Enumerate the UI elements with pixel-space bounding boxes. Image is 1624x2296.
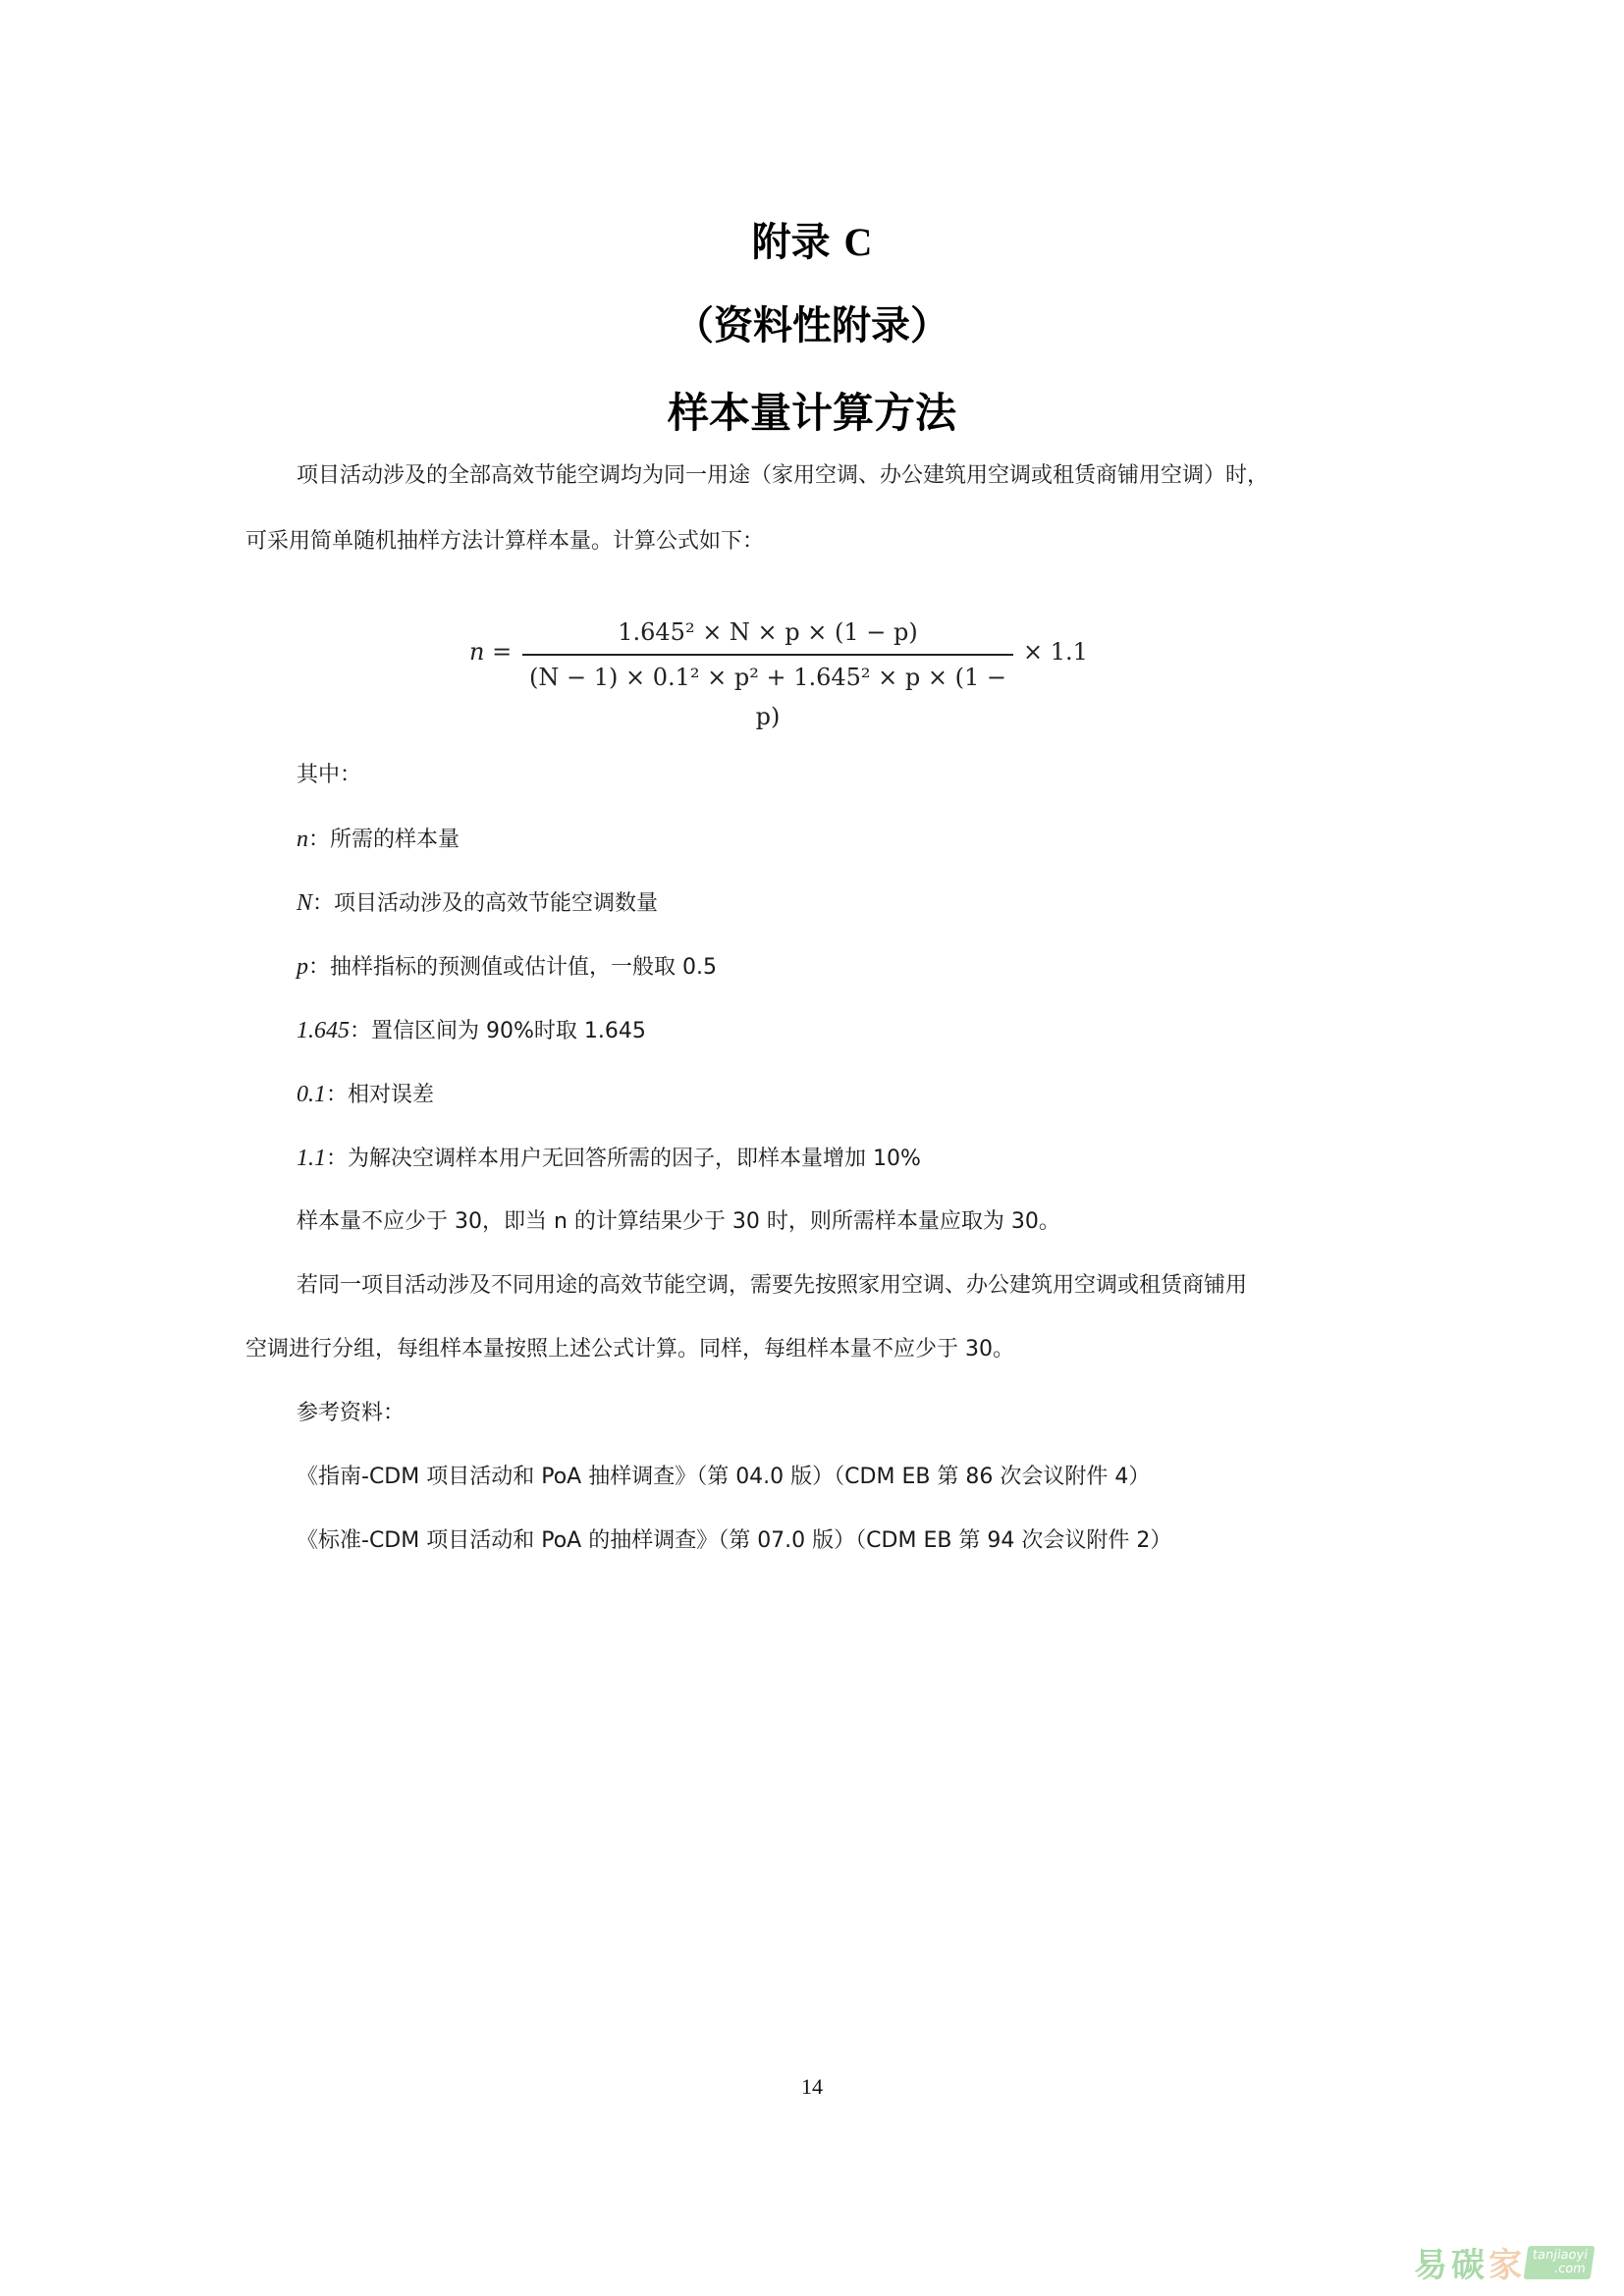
definition-symbol: N [297,890,312,916]
logo-char: 碳 [1451,2238,1485,2286]
badge-text: tanjiaoyi [1532,2248,1589,2263]
formula-lhs: n = [469,638,512,666]
group-rule-line-1: 若同一项目活动涉及不同用途的高效节能空调，需要先按照家用空调、办公建筑用空调或租… [297,1271,1247,1301]
definition-factor: 1.1：为解决空调样本用户无回答所需的因子，即样本量增加 10% [297,1144,921,1174]
watermark-logo: 易 碳 家 tanjiaoyi .com [1414,2238,1593,2286]
page-number: 14 [0,2074,1624,2100]
min-sample-rule: 样本量不应少于 30，即当 n 的计算结果少于 30 时，则所需样本量应取为 3… [297,1207,1060,1237]
intro-line-1: 项目活动涉及的全部高效节能空调均为同一用途（家用空调、办公建筑用空调或租赁商铺用… [297,461,1269,491]
logo-char: 易 [1414,2238,1447,2286]
logo-badge: tanjiaoyi .com [1524,2246,1596,2279]
group-rule-line-2: 空调进行分组，每组样本量按照上述公式计算。同样，每组样本量不应少于 30。 [245,1335,1014,1364]
definition-text: ：为解决空调样本用户无回答所需的因子，即样本量增加 10% [326,1147,921,1171]
badge-text: .com [1553,2262,1587,2276]
definition-text: ：抽样指标的预测值或估计值，一般取 0.5 [308,955,717,980]
definition-symbol: 1.1 [297,1146,326,1171]
document-page: 附录 C （资料性附录） 样本量计算方法 项目活动涉及的全部高效节能空调均为同一… [0,0,1624,2296]
reference-item: 《标准-CDM 项目活动和 PoA 的抽样调查》（第 07.0 版）（CDM E… [297,1526,1171,1556]
formula-multiplier: × 1.1 [1023,638,1088,666]
definition-p: p：抽样指标的预测值或估计值，一般取 0.5 [297,952,717,983]
definition-text: ：置信区间为 90%时取 1.645 [350,1019,646,1043]
appendix-letter: C [844,220,873,264]
logo-char: 家 [1489,2238,1522,2286]
definition-symbol: p [297,954,308,980]
appendix-label: 附录 [752,220,831,265]
definition-symbol: 1.645 [297,1018,350,1043]
definition-text: ：所需的样本量 [308,828,460,852]
definition-error: 0.1：相对误差 [297,1080,434,1110]
section-title: 样本量计算方法 [0,381,1624,440]
definition-symbol: n [297,827,308,852]
formula-fraction: 1.645² × N × p × (1 − p) (N − 1) × 0.1² … [522,613,1013,697]
definition-text: ：相对误差 [326,1083,434,1107]
definitions-heading: 其中： [297,761,361,790]
appendix-title: 附录 C [0,211,1624,267]
intro-line-2: 可采用简单随机抽样方法计算样本量。计算公式如下： [245,527,764,557]
definition-z: 1.645：置信区间为 90%时取 1.645 [297,1016,646,1046]
appendix-type: （资料性附录） [0,294,1624,350]
references-heading: 参考资料： [297,1399,405,1428]
reference-item: 《指南-CDM 项目活动和 PoA 抽样调查》（第 04.0 版）（CDM EB… [297,1463,1150,1492]
definition-N: N：项目活动涉及的高效节能空调数量 [297,888,658,919]
definition-text: ：项目活动涉及的高效节能空调数量 [312,891,658,916]
formula-numerator: 1.645² × N × p × (1 − p) [522,613,1013,652]
definition-symbol: 0.1 [297,1082,326,1107]
fraction-bar [522,654,1013,656]
formula-denominator: (N − 1) × 0.1² × p² + 1.645² × p × (1 − … [522,658,1013,697]
sample-size-formula: n = 1.645² × N × p × (1 − p) (N − 1) × 0… [461,609,1110,707]
definition-n: n：所需的样本量 [297,825,460,855]
